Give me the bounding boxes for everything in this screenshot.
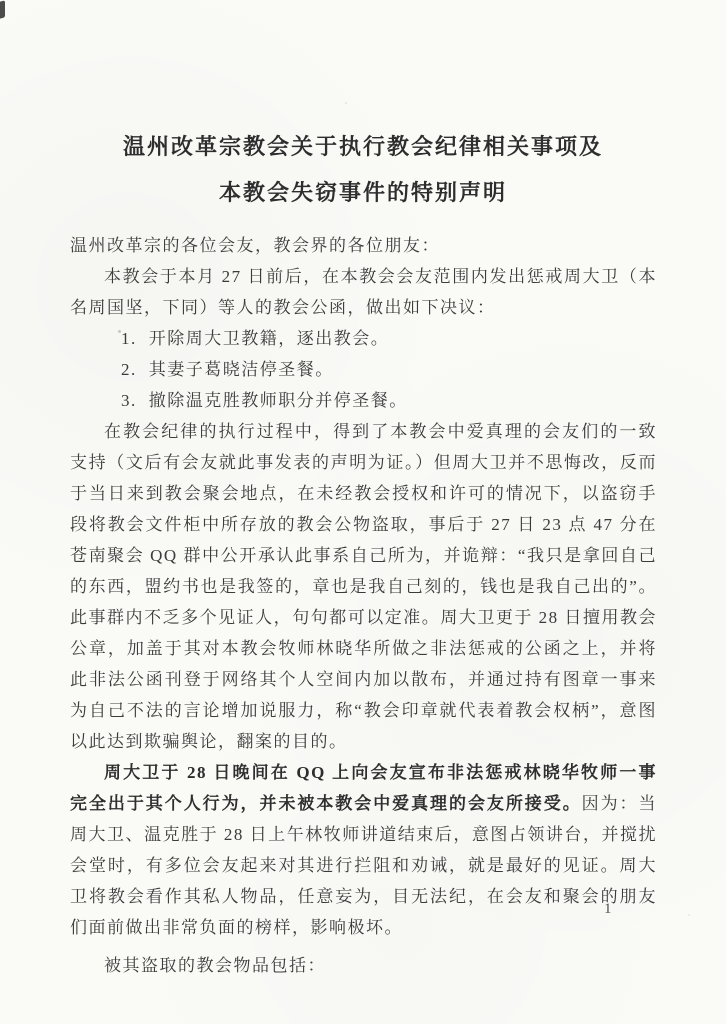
document-title-line2: 本教会失窃事件的特别声明 — [40, 170, 686, 216]
scan-speck — [345, 102, 347, 104]
document-title-line1: 温州改革宗教会关于执行教会纪律相关事项及 — [40, 124, 686, 170]
decision-item-2: 2.其妻子葛晓洁停圣餐。 — [121, 354, 657, 385]
decision-number: 3. — [121, 391, 137, 410]
declaration-bold-segment: 周大卫于 28 日晚间在 QQ 上向会友宣布非法惩戒林晓华牧师一事完全出于其个人… — [70, 763, 657, 813]
decision-item-3: 3.撤除温克胜教师职分并停圣餐。 — [121, 385, 657, 416]
scan-speck — [118, 330, 121, 333]
scan-corner-artifact — [0, 0, 5, 18]
declaration-regular-segment: 因为：当周大卫、温克胜于 28 日上午林牧师讲道结束后，意图占领讲台，并搅扰会堂… — [70, 794, 657, 937]
paragraph-intro: 本教会于本月 27 日前后，在本教会会友范围内发出惩戒周大卫（本名周国坚，下同）… — [70, 261, 657, 323]
paragraph-discipline: 在教会纪律的执行过程中，得到了本教会中爱真理的会友们的一致支持（文后有会友就此事… — [70, 416, 657, 757]
decision-text: 撤除温克胜教师职分并停圣餐。 — [149, 391, 408, 410]
decision-number: 1. — [121, 329, 137, 348]
document-body: 温州改革宗的各位会友，教会界的各位朋友： 本教会于本月 27 日前后，在本教会会… — [70, 230, 657, 981]
scan-speck — [688, 914, 690, 916]
decision-number: 2. — [121, 360, 137, 379]
document-title: 温州改革宗教会关于执行教会纪律相关事项及 本教会失窃事件的特别声明 — [40, 124, 686, 216]
decision-text: 开除周大卫教籍，逐出教会。 — [149, 329, 390, 348]
stolen-items-heading: 被其盗取的教会物品包括： — [70, 950, 657, 981]
salutation: 温州改革宗的各位会友，教会界的各位朋友： — [70, 230, 657, 261]
decision-item-1: 1.开除周大卫教籍，逐出教会。 — [121, 323, 657, 354]
decision-text: 其妻子葛晓洁停圣餐。 — [149, 360, 334, 379]
decision-list: 1.开除周大卫教籍，逐出教会。 2.其妻子葛晓洁停圣餐。 3.撤除温克胜教师职分… — [121, 323, 657, 416]
scanned-document-page: 温州改革宗教会关于执行教会纪律相关事项及 本教会失窃事件的特别声明 温州改革宗的… — [0, 0, 726, 1024]
page-number: 1 — [604, 901, 612, 918]
paragraph-declaration: 周大卫于 28 日晚间在 QQ 上向会友宣布非法惩戒林晓华牧师一事完全出于其个人… — [70, 757, 657, 943]
